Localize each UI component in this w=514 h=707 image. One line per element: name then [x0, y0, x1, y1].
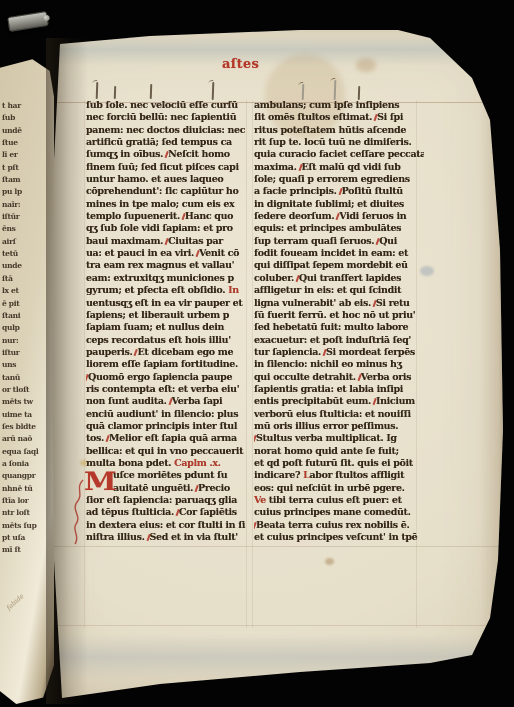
- text-line: quia curacio faciet ceſſare peccata: [254, 149, 424, 161]
- text-line: ſup terram quaſi ſeruos. Qui: [254, 236, 424, 248]
- text-line: ceps recordatus eſt hois illiu': [86, 335, 248, 347]
- edge-text-fragment: pu lp: [2, 186, 44, 198]
- ascender-stroke: [114, 86, 116, 99]
- text-line: ſit omēs ſtultos eſtimat. Si ſpi: [254, 112, 424, 124]
- text-column-right: ambulans; cum ipſe inſipiensſit omēs ſtu…: [254, 100, 424, 544]
- text-line: ſole; quaſi p errorem egrediens: [254, 174, 424, 186]
- text-line: tur ſapiencia. Si mordeat ſerpēs: [254, 347, 424, 359]
- text-line: liorem eſſe ſapiam fortitudine.: [86, 359, 248, 371]
- ascender-stroke: [150, 84, 152, 99]
- edge-text-fragment: lx et: [2, 285, 44, 297]
- text-line: exacuetur: et poſt induſtriā ſeq': [254, 335, 424, 347]
- text-line: Stultus verba multiplicat. Ig: [254, 433, 424, 445]
- edge-text-fragment: arū naō: [2, 433, 44, 445]
- text-line: in ſilencio: nichil eo minus hʒ: [254, 359, 424, 371]
- edge-text-fragment: iſtur: [2, 347, 44, 359]
- edge-text-fragment: airſ: [2, 236, 44, 248]
- edge-text-fragment: t pſt: [2, 162, 44, 174]
- text-line: untur hamo. et aues laqueo: [86, 174, 248, 186]
- text-line: et qd poſt futurū ſit. quis ei pōit: [254, 458, 424, 470]
- ascender-stroke: [358, 86, 360, 100]
- edge-text-fragment: qulp: [2, 322, 44, 334]
- initial-flourish-icon: [70, 478, 86, 550]
- text-line: et cuius principes veſcunt' in tpē: [254, 532, 424, 544]
- text-line: ſedere deorſum. Vidi ſeruos in: [254, 211, 424, 223]
- text-line: ambulans; cum ipſe inſipiens: [254, 100, 424, 112]
- text-line: ſed hebetatū fuit: multo labore: [254, 322, 424, 334]
- ruling-line-horizontal-lower-margin: [56, 625, 486, 626]
- text-line: Quomō ergo ſapiencia paupe: [86, 372, 248, 384]
- text-line: artificū gratiā; ſed tempus ca: [86, 137, 248, 149]
- edge-text-fragment: ntr loſt: [2, 507, 44, 519]
- page-edge-shading: [480, 76, 506, 636]
- edge-text-fragment: ſtue: [2, 137, 44, 149]
- edge-text-fragment: quangpr: [2, 470, 44, 482]
- text-line: finem ſuū; ſed ſicut piſces capi: [86, 162, 248, 174]
- text-line: ua: et pauci in ea viri. Venit cō: [86, 248, 248, 260]
- facing-page-edge: t harſubundēſtuelī ert pſtſtampu lpnaīr:…: [0, 58, 54, 704]
- text-line: pauperis. Et dicebam ego me: [86, 347, 248, 359]
- text-line: ſub ſole. nec velociū eſſe curſū: [86, 100, 248, 112]
- edge-text-fragment: t har: [2, 100, 44, 112]
- edge-text-fragment: iſtūr: [2, 211, 44, 223]
- text-line: rit ſup te. locū tuū ne dimiſeris.: [254, 137, 424, 149]
- text-line: bellica: et qui in vno peccauerit: [86, 446, 248, 458]
- ascender-stroke: [212, 82, 214, 100]
- text-line: ad tēpus ſtulticia. Cor ſapiētis: [86, 507, 248, 519]
- edge-text-fragment: undē: [2, 125, 44, 137]
- text-line: Ve tibi terra cuius eſt puer: et: [254, 495, 424, 507]
- text-line: nec forciū bellū: nec ſapientiū: [86, 112, 248, 124]
- edge-text-fragment: mēts ſup: [2, 520, 44, 532]
- photo-backdrop: t harſubundēſtuelī ert pſtſtampu lpnaīr:…: [0, 0, 514, 707]
- facing-page-text-fragments: t harſubundēſtuelī ert pſtſtampu lpnaīr:…: [2, 100, 44, 557]
- manuscript-page: aſtes ſub ſole. nec velociū eſſe curſūne…: [40, 26, 506, 702]
- edge-text-fragment: naīr:: [2, 199, 44, 211]
- text-line: coluber. Qui tranſfert lapides: [254, 273, 424, 285]
- text-line: uentusqʒ eſt in ea vir pauper et: [86, 298, 248, 310]
- text-line: norat homo quid ante ſe fuit;: [254, 446, 424, 458]
- text-line: tos. Melior eſt ſapia quā arma: [86, 433, 248, 445]
- ruling-line-vertical: [252, 100, 253, 628]
- edge-text-fragment: ſtā: [2, 273, 44, 285]
- text-line: in dignitate ſublimi; et diuites: [254, 199, 424, 211]
- text-line: ſū fuerit ferrū. et hoc nō ut priu': [254, 310, 424, 322]
- edge-inscription: fabide: [5, 592, 26, 612]
- text-line: enciū audiunt' in ſilencio: plus: [86, 409, 248, 421]
- text-line: Beata terra cuius rex nobilis ē.: [254, 520, 424, 532]
- text-line: eam: extruxitqʒ municiones p: [86, 273, 248, 285]
- text-line: ligna vulnerabit' ab eis. Si retu: [254, 298, 424, 310]
- text-line: ſior eſt ſapiencia: paruaqʒ glia: [86, 495, 248, 507]
- edge-text-fragment: pt uſa: [2, 532, 44, 544]
- edge-text-fragment: uns: [2, 359, 44, 371]
- edge-text-fragment: ēns: [2, 223, 44, 235]
- text-line: fodit foueam incidet in eam: et: [254, 248, 424, 260]
- text-line: qui occulte detrahit. Verba oris: [254, 372, 424, 384]
- text-line: ſapiam ſuam; et nullus dein: [86, 322, 248, 334]
- edge-text-fragment: nhnē tū: [2, 483, 44, 495]
- edge-text-fragment: a ſonia: [2, 458, 44, 470]
- text-line: gyrum; et pfecta eſt obſidio. In: [86, 285, 248, 297]
- parchment-top-tint: [40, 36, 506, 66]
- ascender-stroke: [96, 82, 98, 99]
- parchment-bottom-tint: [40, 634, 506, 680]
- text-line: panem: nec doctos diuicias: nec: [86, 125, 248, 137]
- text-line: cuius principes mane comedūt.: [254, 507, 424, 519]
- text-line: mines in tpe malo; cum eis ex: [86, 199, 248, 211]
- text-line: maxima. Eſt malū qd vidi ſub: [254, 162, 424, 174]
- edge-text-fragment: uime ta: [2, 409, 44, 421]
- text-line: qʒ ſub ſole vidi ſapiam: et pro: [86, 223, 248, 235]
- edge-text-fragment: ſtīa lor: [2, 495, 44, 507]
- text-line: mū oris illius error peſſimus.: [254, 421, 424, 433]
- edge-text-fragment: mēts tw: [2, 396, 44, 408]
- stain: [356, 58, 376, 72]
- text-line: cōprehendunt': ſic capiūtur ho: [86, 186, 248, 198]
- edge-text-fragment: ſes bldte: [2, 421, 44, 433]
- text-line: indicare? Labor ſtultos affligit: [254, 470, 424, 482]
- edge-text-fragment: lī er: [2, 149, 44, 161]
- edge-text-fragment: tanū: [2, 372, 44, 384]
- edge-text-fragment: ſtani: [2, 310, 44, 322]
- text-line: a facie principis. Poſitū ſtultū: [254, 186, 424, 198]
- text-line: qui diſſipat ſepem mordebit eū: [254, 260, 424, 272]
- text-line: equis: et principes ambulātes: [254, 223, 424, 235]
- edge-text-fragment: or tloſt: [2, 384, 44, 396]
- edge-text-fragment: unde: [2, 260, 44, 272]
- text-line: in dextera eius: et cor ſtulti in ſi: [86, 520, 248, 532]
- text-line: non ſunt audita. Verba ſapi: [86, 396, 248, 408]
- text-line: verborū eius ſtulticia: et nouiſſi: [254, 409, 424, 421]
- edge-text-fragment: ſtam: [2, 174, 44, 186]
- edge-text-fragment: ē pit: [2, 298, 44, 310]
- text-line: ſapiens; et liberauit urbem p: [86, 310, 248, 322]
- edge-text-fragment: tetū: [2, 248, 44, 260]
- stain: [325, 558, 334, 565]
- text-line: ritus poteſtatem hūtis aſcende: [254, 125, 424, 137]
- edge-text-fragment: mī ſt: [2, 544, 44, 556]
- text-line: eos: qui neſciūt in urbē pgere.: [254, 483, 424, 495]
- text-line: baui maximam. Ciuitas par: [86, 236, 248, 248]
- book-clasp: [7, 11, 49, 32]
- running-title: aſtes: [222, 57, 259, 72]
- edge-text-fragment: equa ſaql: [2, 446, 44, 458]
- text-line: templo ſupuenerit. Hanc quo: [86, 211, 248, 223]
- text-line: tra eam rex magnus et vallau': [86, 260, 248, 272]
- drop-cap-initial: M: [84, 469, 117, 494]
- text-line: affligetur in eis: et qui ſcindit: [254, 285, 424, 297]
- text-line: ſapientis gratia: et labia inſipi: [254, 384, 424, 396]
- edge-text-fragment: nur:: [2, 335, 44, 347]
- text-line: niſtra illius. Sed et in via ſtult': [86, 532, 248, 544]
- ruling-line-horizontal-bottom: [54, 546, 502, 547]
- edge-text-fragment: ſub: [2, 112, 44, 124]
- text-line: quā clamor principis inter ſtul: [86, 421, 248, 433]
- text-line: ris contempta eſt: et verba eiu': [86, 384, 248, 396]
- text-line: entis precipitabūt eum. Inicium: [254, 396, 424, 408]
- text-line: ſumqʒ in oībus. Neſcit homo: [86, 149, 248, 161]
